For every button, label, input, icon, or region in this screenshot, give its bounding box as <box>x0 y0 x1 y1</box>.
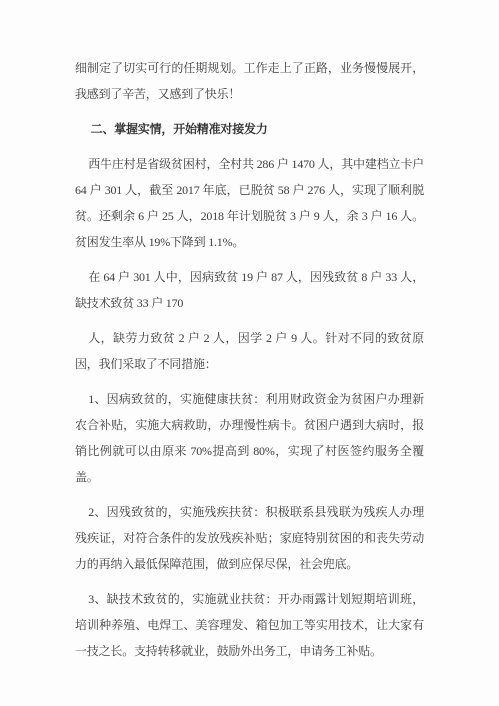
paragraph: 细制定了切实可行的任期规划。工作走上了正路，业务慢慢展开，我感到了辛苦，又感到了… <box>75 55 424 107</box>
paragraph: 1、因病致贫的，实施健康扶贫：利用财政资金为贫困户办理新农合补贴，实施大病救助，… <box>75 386 424 490</box>
document-body: 细制定了切实可行的任期规划。工作走上了正路，业务慢慢展开，我感到了辛苦，又感到了… <box>75 55 424 664</box>
paragraph: 2、因残致贫的，实施残疾扶贫：积极联系县残联为残疾人办理残疾证，对符合条件的发放… <box>75 499 424 577</box>
section-heading: 二、掌握实情，开始精准对接发力 <box>75 116 424 142</box>
paragraph: 人，缺劳力致贫 2 户 2 人，因学 2 户 9 人。针对不同的致贫原因，我们采… <box>75 325 424 377</box>
paragraph: 西牛庄村是省级贫困村，全村共 286 户 1470 人，其中建档立卡户 64 户… <box>75 151 424 255</box>
paragraph: 在 64 户 301 人中，因病致贫 19 户 87 人，因残致贫 8 户 33… <box>75 264 424 316</box>
paragraph: 3、缺技术致贫的，实施就业扶贫：开办雨露计划短期培训班，培训种养殖、电焊工、美容… <box>75 586 424 664</box>
document-page: 细制定了切实可行的任期规划。工作走上了正路，业务慢慢展开，我感到了辛苦，又感到了… <box>0 0 499 706</box>
